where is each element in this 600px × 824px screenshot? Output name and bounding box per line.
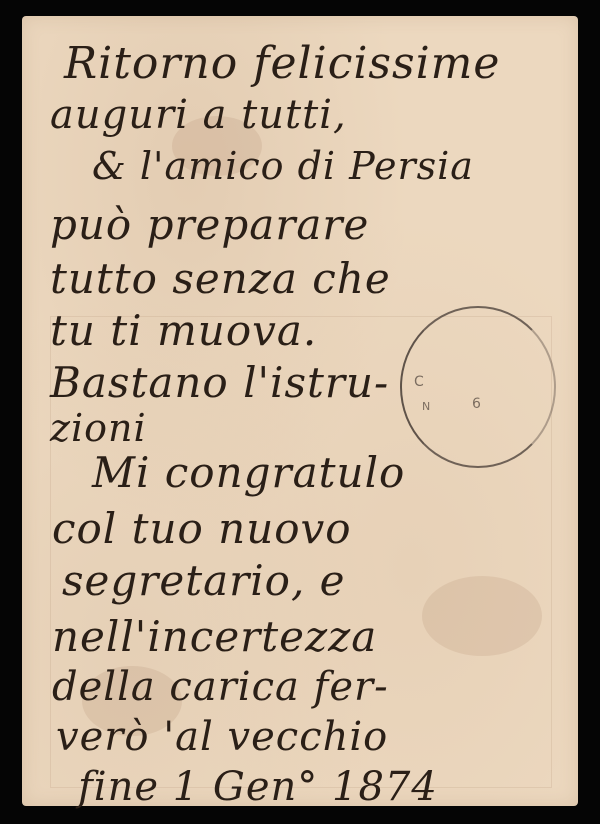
postmark-letter: C	[414, 374, 424, 390]
postmark-stamp: C N 6	[400, 306, 556, 468]
postmark-letter: N	[422, 400, 430, 413]
handwritten-line: Bastano l'istru-	[50, 358, 389, 407]
postcard: C N 6 Ritorno felicissime auguri a tutti…	[22, 16, 578, 806]
handwritten-line: col tuo nuovo	[52, 504, 352, 553]
handwritten-line: della carica fer-	[52, 664, 389, 710]
handwritten-line: Mi congratulo	[92, 448, 405, 497]
handwritten-line: può preparare	[50, 200, 369, 249]
handwritten-line: nell'incertezza	[52, 612, 377, 661]
handwritten-line: segretario, e	[62, 556, 346, 605]
handwritten-line: tu ti muova.	[50, 306, 317, 355]
handwritten-line: zioni	[50, 406, 147, 450]
postmark-number: 6	[472, 396, 481, 412]
handwritten-line: tutto senza che	[50, 254, 391, 303]
handwritten-line: Ritorno felicissime	[64, 38, 500, 89]
handwritten-line: verò 'al vecchio	[56, 714, 388, 760]
handwritten-date-line: fine 1 Gen° 1874	[78, 764, 438, 810]
handwritten-line: & l'amico di Persia	[92, 144, 474, 188]
handwritten-line: auguri a tutti,	[50, 92, 347, 138]
